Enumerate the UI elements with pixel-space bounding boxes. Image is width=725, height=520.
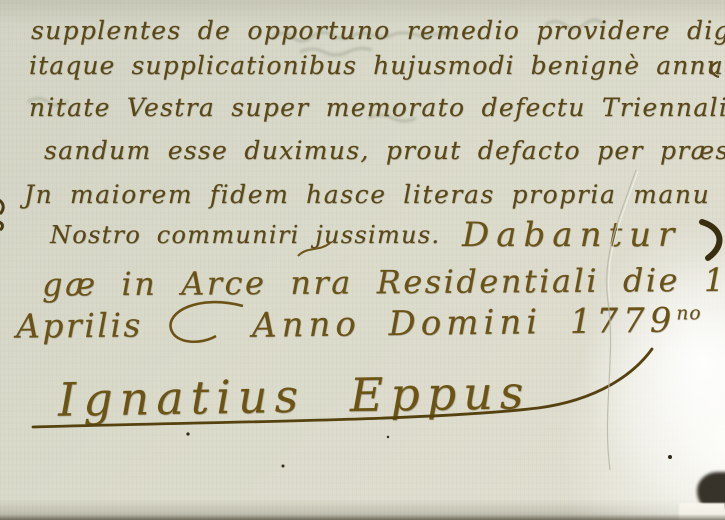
manuscript-line-4: sandum esse duximus, prout defacto per p… — [44, 136, 725, 165]
dateline-month: Aprilis — [16, 305, 143, 345]
manuscript-line-7: gæ in Arce nra Residentiali die 15.ta — [42, 260, 725, 303]
manuscript-line-1: supplentes de opportuno remedio provider… — [31, 16, 725, 45]
calligraphic-flourish — [170, 302, 243, 342]
left-edge-ink — [0, 200, 3, 230]
dateline-year-text: Anno Domini 1779 — [252, 301, 677, 346]
dateline-year: Anno Domini 1779no — [252, 300, 702, 345]
cutoff-word-stroke — [702, 222, 719, 258]
manuscript-line-2: itaque supplicationibus hujusmodi benign… — [29, 51, 725, 80]
manuscript-line-6-right: Dabantur — [462, 215, 681, 255]
signature: Ignatius Eppus — [58, 365, 531, 426]
manuscript-line-5: Jn maiorem fidem hasce literas propria m… — [24, 180, 725, 209]
manuscript-photo: supplentes de opportuno remedio provider… — [0, 0, 725, 520]
dateline-day-text: gæ in Arce nra Residentiali die 15. — [42, 261, 725, 304]
manuscript-line-6-left: Nostro communiri jussimus. — [50, 221, 440, 249]
bottom-edge-shadow — [0, 514, 725, 520]
manuscript-line-3: nitate Vestra super memorato defectu Tri… — [29, 93, 725, 122]
dateline-year-ordinal: no — [676, 303, 702, 324]
ink-specks — [186, 432, 672, 467]
